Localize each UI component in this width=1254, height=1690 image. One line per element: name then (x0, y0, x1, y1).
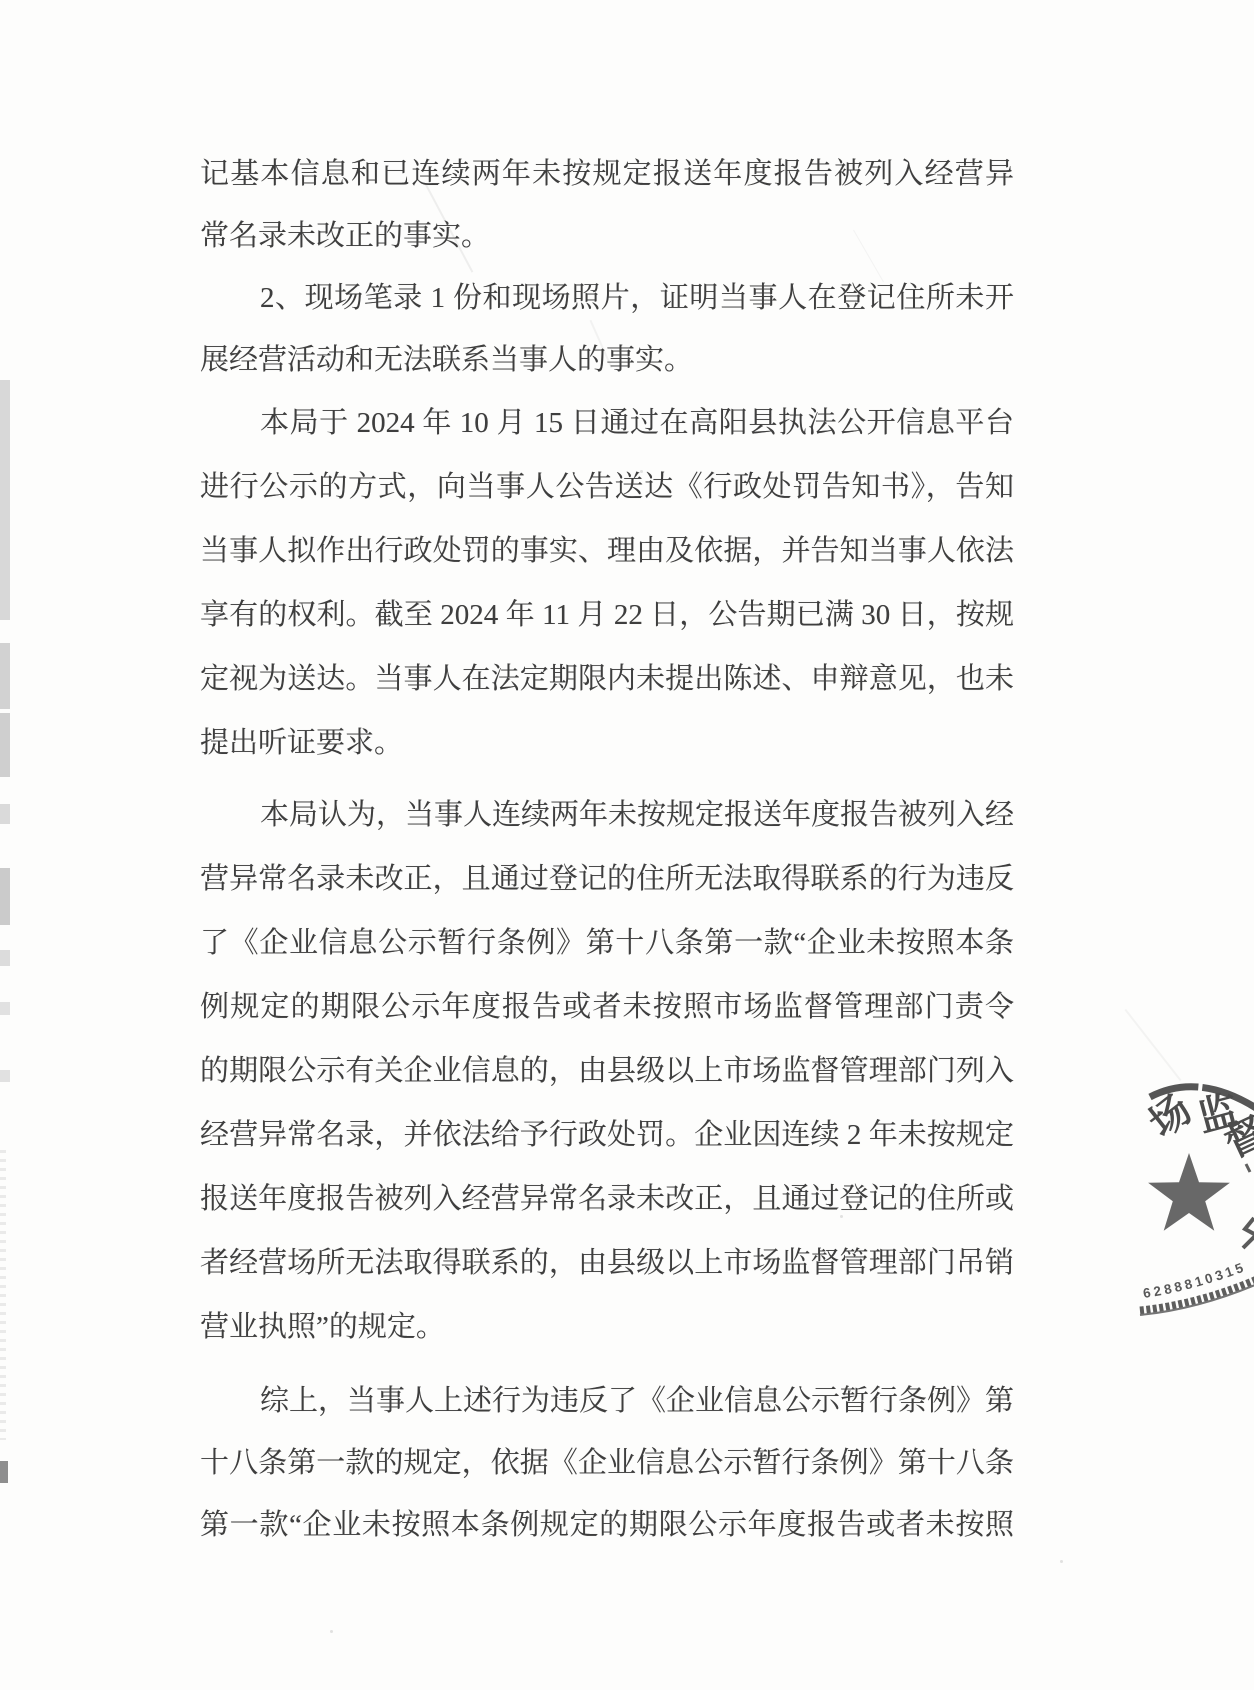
scan-speck (330, 1630, 333, 1633)
scan-edge-artifact (0, 643, 10, 709)
doc-line: 定视为送达。当事人在法定期限内未提出陈述、申辩意见，也未 (200, 647, 1014, 711)
doc-line: 例规定的期限公示年度报告或者未按照市场监督管理部门责令 (200, 975, 1014, 1039)
doc-line: 报送年度报告被列入经营异常名录未改正，且通过登记的住所或 (200, 1167, 1014, 1231)
scan-speck (840, 1215, 843, 1218)
star-icon (1148, 1153, 1230, 1231)
scan-edge-artifact (0, 380, 10, 620)
doc-line: 经营异常名录，并依法给予行政处罚。企业因连续 2 年未按规定 (200, 1103, 1014, 1167)
doc-line: 者经营场所无法取得联系的，由县级以上市场监督管理部门吊销 (200, 1231, 1014, 1295)
stamp-partial-stroke (1246, 1164, 1250, 1172)
doc-line: 营异常名录未改正，且通过登记的住所无法取得联系的行为违反 (200, 847, 1014, 911)
official-stamp-partial: 场 监 督 6288810315 (1130, 1060, 1254, 1325)
doc-line: 享有的权利。截至 2024 年 11 月 22 日，公告期已满 30 日，按规 (200, 583, 1014, 647)
scan-edge-artifact (0, 1002, 10, 1015)
scan-edge-artifact (0, 1070, 10, 1082)
body-paragraph-1: 记基本信息和已连续两年未按规定报送年度报告被列入经营异 常名录未改正的事实。 (200, 143, 1014, 267)
doc-line: 本局于 2024 年 10 月 15 日通过在高阳县执法公开信息平台 (200, 391, 1014, 455)
doc-line: 进行公示的方式，向当事人公告送达《行政处罚告知书》，告知 (200, 455, 1014, 519)
doc-line: 了《企业信息公示暂行条例》第十八条第一款“企业未按照本条 (200, 911, 1014, 975)
scan-edge-artifact (0, 950, 10, 966)
doc-line: 本局认为，当事人连续两年未按规定报送年度报告被列入经 (200, 783, 1014, 847)
doc-line: 营业执照”的规定。 (200, 1295, 1014, 1359)
doc-line: 综上，当事人上述行为违反了《企业信息公示暂行条例》第 (200, 1370, 1014, 1432)
scan-edge-artifact (0, 713, 10, 777)
body-paragraph-4: 本局认为，当事人连续两年未按规定报送年度报告被列入经 营异常名录未改正，且通过登… (200, 783, 1014, 1359)
scan-speck (420, 1010, 423, 1013)
scan-edge-artifact (0, 1461, 8, 1483)
doc-line: 常名录未改正的事实。 (200, 205, 1014, 267)
scan-speck (1060, 1560, 1063, 1563)
scan-speck (640, 470, 643, 473)
doc-line: 记基本信息和已连续两年未按规定报送年度报告被列入经营异 (200, 143, 1014, 205)
stamp-partial-stroke (1243, 1218, 1254, 1248)
body-paragraph-2: 2、现场笔录 1 份和现场照片，证明当事人在登记住所未开 展经营活动和无法联系当… (200, 267, 1014, 391)
doc-line: 当事人拟作出行政处罚的事实、理由及依据，并告知当事人依法 (200, 519, 1014, 583)
scan-edge-artifact (0, 1150, 6, 1440)
doc-line: 2、现场笔录 1 份和现场照片，证明当事人在登记住所未开 (200, 267, 1014, 329)
body-paragraph-5: 综上，当事人上述行为违反了《企业信息公示暂行条例》第 十八条第一款的规定，依据《… (200, 1370, 1014, 1556)
doc-line: 提出听证要求。 (200, 711, 1014, 775)
doc-line: 的期限公示有关企业信息的，由县级以上市场监督管理部门列入 (200, 1039, 1014, 1103)
scanned-document-page: { "page": { "background": "#fdfdfc", "in… (0, 0, 1254, 1690)
scan-edge-artifact (0, 804, 10, 824)
doc-line: 十八条第一款的规定，依据《企业信息公示暂行条例》第十八条 (200, 1432, 1014, 1494)
doc-line: 第一款“企业未按照本条例规定的期限公示年度报告或者未按照 (200, 1494, 1014, 1556)
body-paragraph-3: 本局于 2024 年 10 月 15 日通过在高阳县执法公开信息平台 进行公示的… (200, 391, 1014, 775)
scan-edge-artifact (0, 868, 10, 925)
